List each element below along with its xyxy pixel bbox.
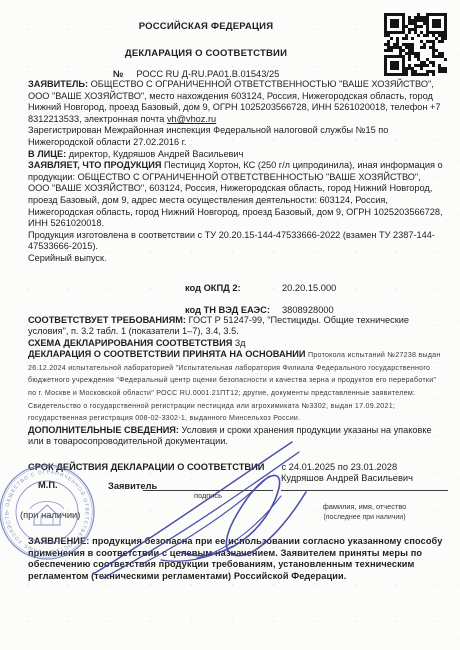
complies-paragraph: СООТВЕТСТВУЕТ ТРЕБОВАНИЯМ: ГОСТ Р 51247-…	[28, 315, 444, 338]
scheme-label: СХЕМА ДЕКЛАРИРОВАНИЯ СООТВЕТСТВИЯ	[28, 338, 232, 348]
signature-block: М.П. Заявитель подпись Кудряшов Андрей В…	[28, 472, 444, 536]
statement-label: ЗАЯВЛЕНИЕ:	[28, 536, 89, 546]
applicant-email: vh@vhoz.ru	[167, 114, 216, 124]
name-caption: фамилия, имя, отчество	[281, 502, 448, 511]
additional-info-label: ДОПОЛНИТЕЛЬНЫЕ СВЕДЕНИЯ:	[28, 425, 179, 435]
validity-label: СРОК ДЕЙСТВИЯ ДЕКЛАРАЦИИ О СООТВЕТСТВИИ	[28, 462, 264, 472]
declares-label: ЗАЯВЛЯЕТ, ЧТО ПРОДУКЦИЯ	[28, 160, 161, 170]
signature-caption: подпись	[143, 491, 273, 500]
validity-dates: с 24.01.2025 по 23.01.2028	[281, 462, 397, 472]
serial-release: Серийный выпуск.	[28, 253, 107, 263]
document-body: РОССИЙСКАЯ ФЕДЕРАЦИЯ ДЕКЛАРАЦИЯ О СООТВЕ…	[0, 0, 460, 650]
in-person-label: В ЛИЦЕ:	[28, 149, 66, 159]
okpd-code-value: 20.20.15.000	[282, 283, 336, 293]
okpd-code-label: код ОКПД 2:	[185, 283, 282, 293]
tnved-code-row: код ТН ВЭД ЕАЭС: 3808928000	[185, 305, 444, 315]
applicant-registration: Зарегистрирован Межрайонная инспекция Фе…	[28, 125, 388, 147]
country-heading: РОССИЙСКАЯ ФЕДЕРАЦИЯ	[28, 21, 384, 32]
signatory-name-line: Кудряшов Андрей Васильевич фамилия, имя,…	[281, 473, 448, 491]
document-title: ДЕКЛАРАЦИЯ О СООТВЕТСТВИИ	[28, 48, 384, 59]
name-note: (последнее при наличии)	[281, 514, 448, 521]
statement-paragraph: ЗАЯВЛЕНИЕ: продукция безопасна при ее ис…	[28, 536, 444, 582]
mp-note: (при наличии)	[20, 510, 80, 520]
product-codes: код ОКПД 2: 20.20.15.000 код ТН ВЭД ЕАЭС…	[28, 283, 444, 315]
applicant-paragraph: ЗАЯВИТЕЛЬ: ОБЩЕСТВО С ОГРАНИЧЕННОЙ ОТВЕТ…	[28, 79, 444, 149]
mp-label: М.П.	[38, 480, 58, 490]
declaration-document: РОССИЙСКАЯ ФЕДЕРАЦИЯ ДЕКЛАРАЦИЯ О СООТВЕ…	[0, 0, 460, 650]
declaration-number-line: №РОСС RU Д-RU.РА01.В.01543/25	[113, 69, 444, 79]
in-person-text: директор, Кудряшов Андрей Васильевич	[69, 149, 244, 159]
additional-info-paragraph: ДОПОЛНИТЕЛЬНЫЕ СВЕДЕНИЯ: Условия и сроки…	[28, 425, 444, 448]
basis-label: ДЕКЛАРАЦИЯ О СООТВЕТСТВИИ ПРИНЯТА НА ОСН…	[28, 349, 305, 359]
okpd-code-row: код ОКПД 2: 20.20.15.000	[185, 283, 444, 293]
basis-paragraph: ДЕКЛАРАЦИЯ О СООТВЕТСТВИИ ПРИНЯТА НА ОСН…	[28, 349, 444, 425]
number-sign: №	[113, 69, 123, 79]
declares-paragraph: ЗАЯВЛЯЕТ, ЧТО ПРОДУКЦИЯ Пестицид Хортон,…	[28, 160, 444, 264]
tnved-code-label: код ТН ВЭД ЕАЭС:	[185, 305, 282, 315]
scheme-line: СХЕМА ДЕКЛАРИРОВАНИЯ СООТВЕТСТВИЯ 3д	[28, 338, 444, 350]
made-to-text: Продукция изготовлена в соответствии с Т…	[28, 230, 435, 252]
basis-text: Протокола испытаний №27238 выдан 26.12.2…	[28, 351, 441, 422]
tnved-code-value: 3808928000	[282, 305, 334, 315]
applicant-label: ЗАЯВИТЕЛЬ:	[28, 79, 88, 89]
in-person-line: В ЛИЦЕ: директор, Кудряшов Андрей Василь…	[28, 149, 444, 161]
statement-text: продукция безопасна при ее использовании…	[28, 536, 442, 581]
declaration-number: РОСС RU Д-RU.РА01.В.01543/25	[136, 69, 279, 79]
declares-text: Пестицид Хортон, КС (250 г/л ципродинила…	[28, 160, 443, 228]
scheme-value: 3д	[235, 338, 245, 348]
applicant-text: ОБЩЕСТВО С ОГРАНИЧЕННОЙ ОТВЕТСТВЕННОСТЬЮ…	[28, 79, 440, 124]
validity-line: СРОК ДЕЙСТВИЯ ДЕКЛАРАЦИИ О СООТВЕТСТВИИ …	[28, 462, 444, 472]
signature-line: подпись	[143, 473, 273, 491]
complies-label: СООТВЕТСТВУЕТ ТРЕБОВАНИЯМ:	[28, 315, 186, 325]
signatory-name: Кудряшов Андрей Васильевич	[281, 473, 413, 483]
